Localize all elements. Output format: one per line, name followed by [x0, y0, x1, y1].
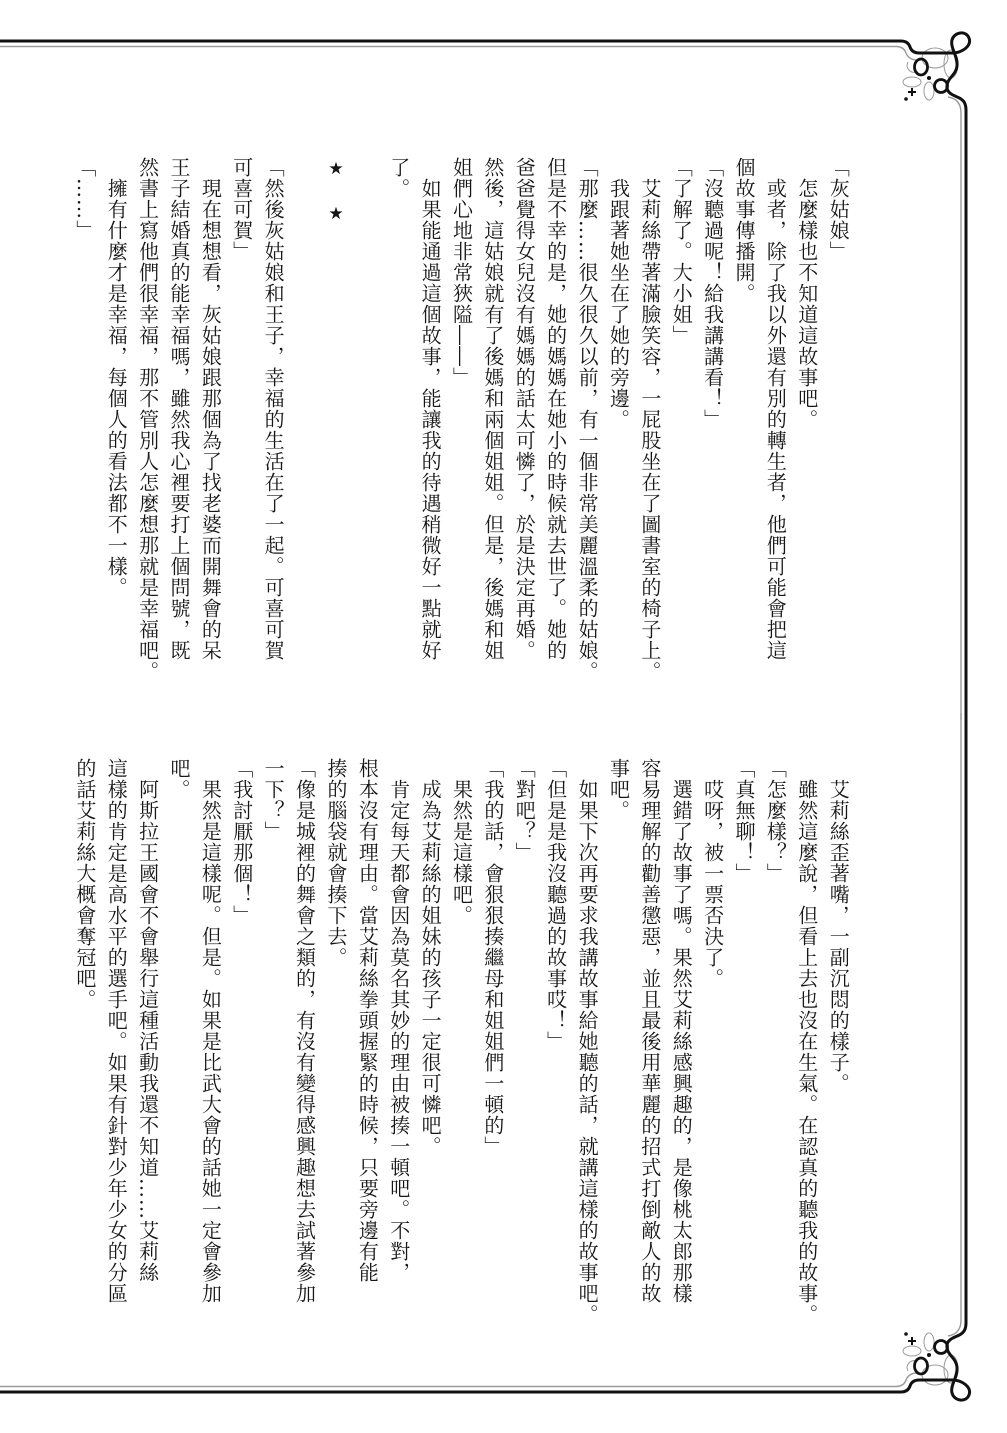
text-column: 然書上寫他們很幸福，那不管別人怎麼想那就是幸福吧。	[131, 157, 162, 737]
text-column: 果然是這樣吧。	[445, 758, 476, 1338]
text-column: 一下？」	[257, 758, 288, 1338]
text-column: 這樣的肯定是高水平的選手吧。如果有針對少年少女的分區	[100, 758, 131, 1338]
text-column: 擁有什麼才是幸福，每個人的看法都不一樣。	[100, 157, 131, 737]
text-column: 個故事傳播開。	[728, 157, 759, 737]
text-column: 或者，除了我以外還有別的轉生者，他們可能會把這	[759, 157, 790, 737]
text-column: 「真無聊！」	[728, 758, 759, 1338]
text-column: 「然後灰姑娘和王子，幸福的生活在了一起。可喜可賀	[257, 157, 288, 737]
text-column: 王子結婚真的能幸福嗎，雖然我心裡要打上個問號，既	[163, 157, 194, 737]
text-column: 「我的話，會狠狠揍繼母和姐姐們一頓的」	[477, 758, 508, 1338]
text-column: 吧。	[163, 758, 194, 1338]
text-column: 選錯了故事了嗎。果然艾莉絲感興趣的，是像桃太郎那樣	[665, 758, 696, 1338]
text-column: 果然是這樣呢。但是。如果是比武大會的話她一定會參加	[194, 758, 225, 1338]
text-column: 姐們心地非常狹隘――」	[445, 157, 476, 737]
text-column: 「對吧？」	[508, 758, 539, 1338]
text-column: 「但是是我沒聽過的故事哎！」	[539, 758, 570, 1338]
text-column: 肯定每天都會因為莫名其妙的理由被揍一頓吧。不對，	[382, 758, 413, 1338]
text-column: 現在想想看，灰姑娘跟那個為了找老婆而開舞會的呆	[194, 157, 225, 737]
lower-text-block: 艾莉絲歪著嘴，一副沉悶的樣子。 雖然這麼說，但看上去也沒在生氣。在認真的聽我的故…	[0, 758, 853, 1338]
upper-text-block: 「灰姑娘」 怎麼樣也不知道這故事吧。 或者，除了我以外還有別的轉生者，他們可能會…	[0, 157, 853, 739]
text-column: 揍的腦袋就會揍下去。	[320, 758, 351, 1338]
text-column: 怎麼樣也不知道這故事吧。	[790, 157, 821, 737]
text-column: 「我討厭那個！」	[225, 758, 256, 1338]
text-column: 阿斯拉王國會不會舉行這種活動我還不知道……艾莉絲	[131, 758, 162, 1338]
text-column: 雖然這麼說，但看上去也沒在生氣。在認真的聽我的故事。	[790, 758, 821, 1338]
text-column: 事吧。	[602, 758, 633, 1338]
text-column: 「沒聽過呢！給我講講看！」	[696, 157, 727, 737]
text-column: 哎呀，被一票否決了。	[696, 758, 727, 1338]
text-column: 艾莉絲歪著嘴，一副沉悶的樣子。	[822, 758, 853, 1338]
text-column: 「……」	[68, 157, 99, 737]
text-column: 了。	[382, 157, 413, 737]
text-column: 如果能通過這個故事，能讓我的待遇稍微好一點就好	[414, 157, 445, 737]
text-column: 爸爸覺得女兒沒有媽媽的話太可憐了，於是決定再婚。	[508, 157, 539, 737]
text-column: 「怎麼樣？」	[759, 758, 790, 1338]
text-column: 的話艾莉絲大概會奪冠吧。	[68, 758, 99, 1338]
scene-break-stars: ★ ★	[320, 157, 351, 739]
text-column: 「那麼……很久很久以前，有一個非常美麗溫柔的姑娘。	[571, 157, 602, 737]
text-column: 艾莉絲帶著滿臉笑容，一屁股坐在了圖書室的椅子上。	[633, 157, 664, 737]
text-column: 成為艾莉絲的姐妹的孩子一定很可憐吧。	[414, 758, 445, 1338]
text-column: 如果下次再要求我講故事給她聽的話，就講這樣的故事吧。	[571, 758, 602, 1338]
text-column: 容易理解的勸善懲惡，並且最後用華麗的招式打倒敵人的故	[633, 758, 664, 1338]
text-column: 根本沒有理由。當艾莉絲拳頭握緊的時候，只要旁邊有能	[351, 758, 382, 1338]
text-column: 然後，這姑娘就有了後媽和兩個姐姐。但是，後媽和姐	[477, 157, 508, 737]
text-column: 我跟著她坐在了她的旁邊。	[602, 157, 633, 737]
text-column: 「像是城裡的舞會之類的，有沒有變得感興趣想去試著參加	[288, 758, 319, 1338]
text-column: 但是不幸的是，她的媽媽在她小的時候就去世了。她的	[539, 157, 570, 737]
text-column: 「了解了。大小姐」	[665, 157, 696, 737]
text-column: 可喜可賀」	[225, 157, 256, 737]
text-column: 「灰姑娘」	[822, 157, 853, 737]
